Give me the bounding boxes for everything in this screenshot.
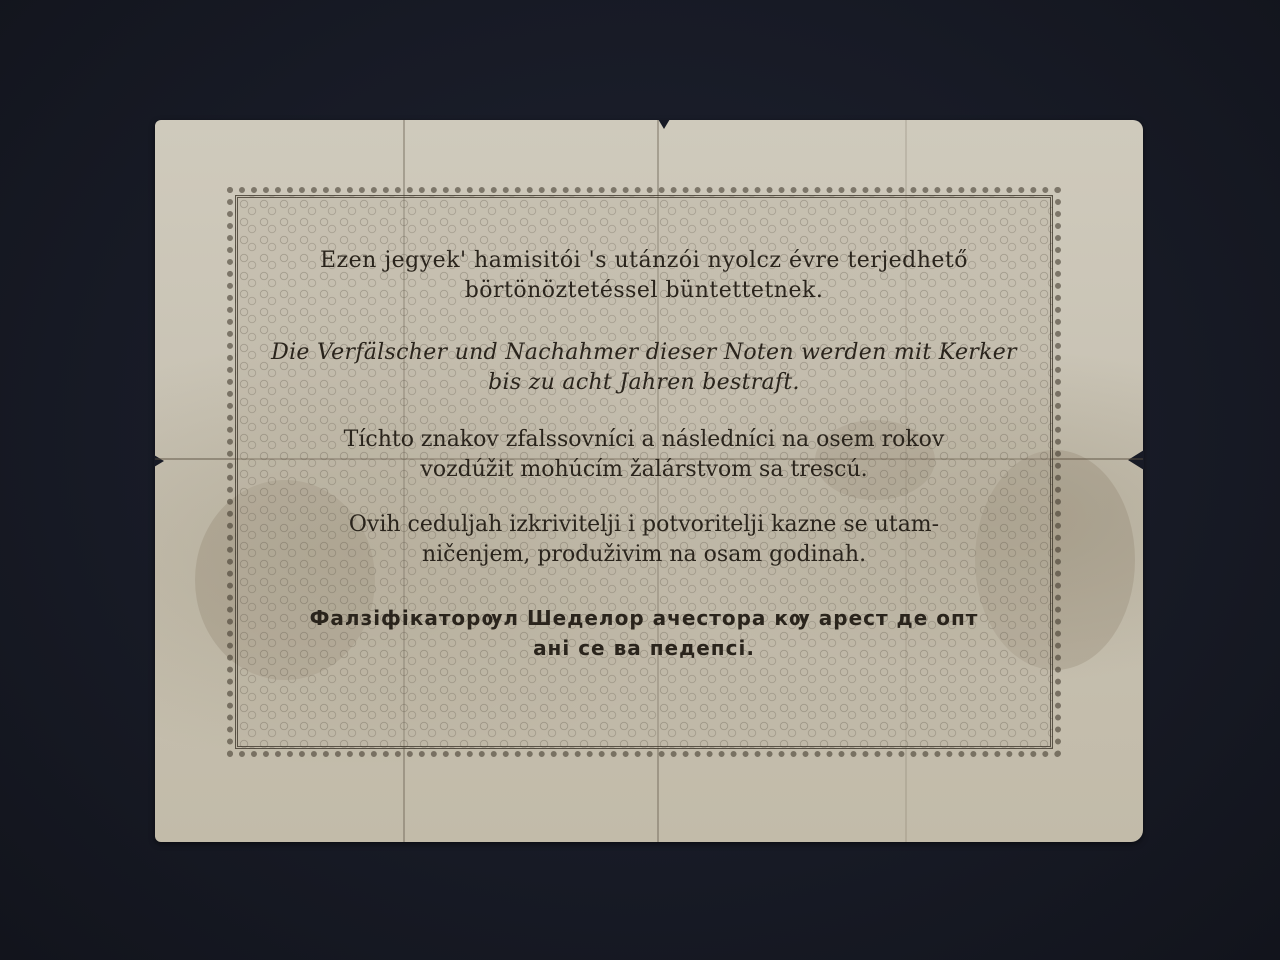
ornamental-border-frame: Ezen jegyek' hamisitói 's utánzói nyolcz… <box>235 195 1053 749</box>
text-line: Фалзіфікаторѹл Шеделор ачестора кѹ арест… <box>238 603 1050 633</box>
text-line: Ezen jegyek' hamisitói 's utánzói nyolcz… <box>238 246 1050 276</box>
left-edge-tear <box>154 455 164 467</box>
top-edge-tear <box>658 119 670 129</box>
banknote: Ezen jegyek' hamisitói 's utánzói nyolcz… <box>155 120 1143 842</box>
paragraph-hungarian: Ezen jegyek' hamisitói 's utánzói nyolcz… <box>238 246 1050 306</box>
text-line: börtönöztetéssel büntettetnek. <box>238 276 1050 306</box>
paragraph-slovak: Tíchto znakov zfalssovníci a následníci … <box>238 425 1050 485</box>
text-line: ničenjem, produživim na osam godinah. <box>238 540 1050 570</box>
text-line: Ovih ceduljah izkrivitelji i potvoritelj… <box>238 510 1050 540</box>
paragraph-german: Die Verfälscher und Nachahmer dieser Not… <box>238 338 1050 398</box>
text-line: bis zu acht Jahren bestraft. <box>238 368 1050 398</box>
text-line: Tíchto znakov zfalssovníci a následníci … <box>238 425 1050 455</box>
paragraph-romanian-cyrillic: Фалзіфікаторѹл Шеделор ачестора кѹ арест… <box>238 603 1050 663</box>
text-line: ані се ва педепсі. <box>238 633 1050 663</box>
paragraph-croatian: Ovih ceduljah izkrivitelji i potvoritelj… <box>238 510 1050 570</box>
text-line: Die Verfälscher und Nachahmer dieser Not… <box>238 338 1050 368</box>
right-edge-tear <box>1128 450 1144 470</box>
text-line: vozdúžit mohúcím žalárstvom sa trescú. <box>238 455 1050 485</box>
